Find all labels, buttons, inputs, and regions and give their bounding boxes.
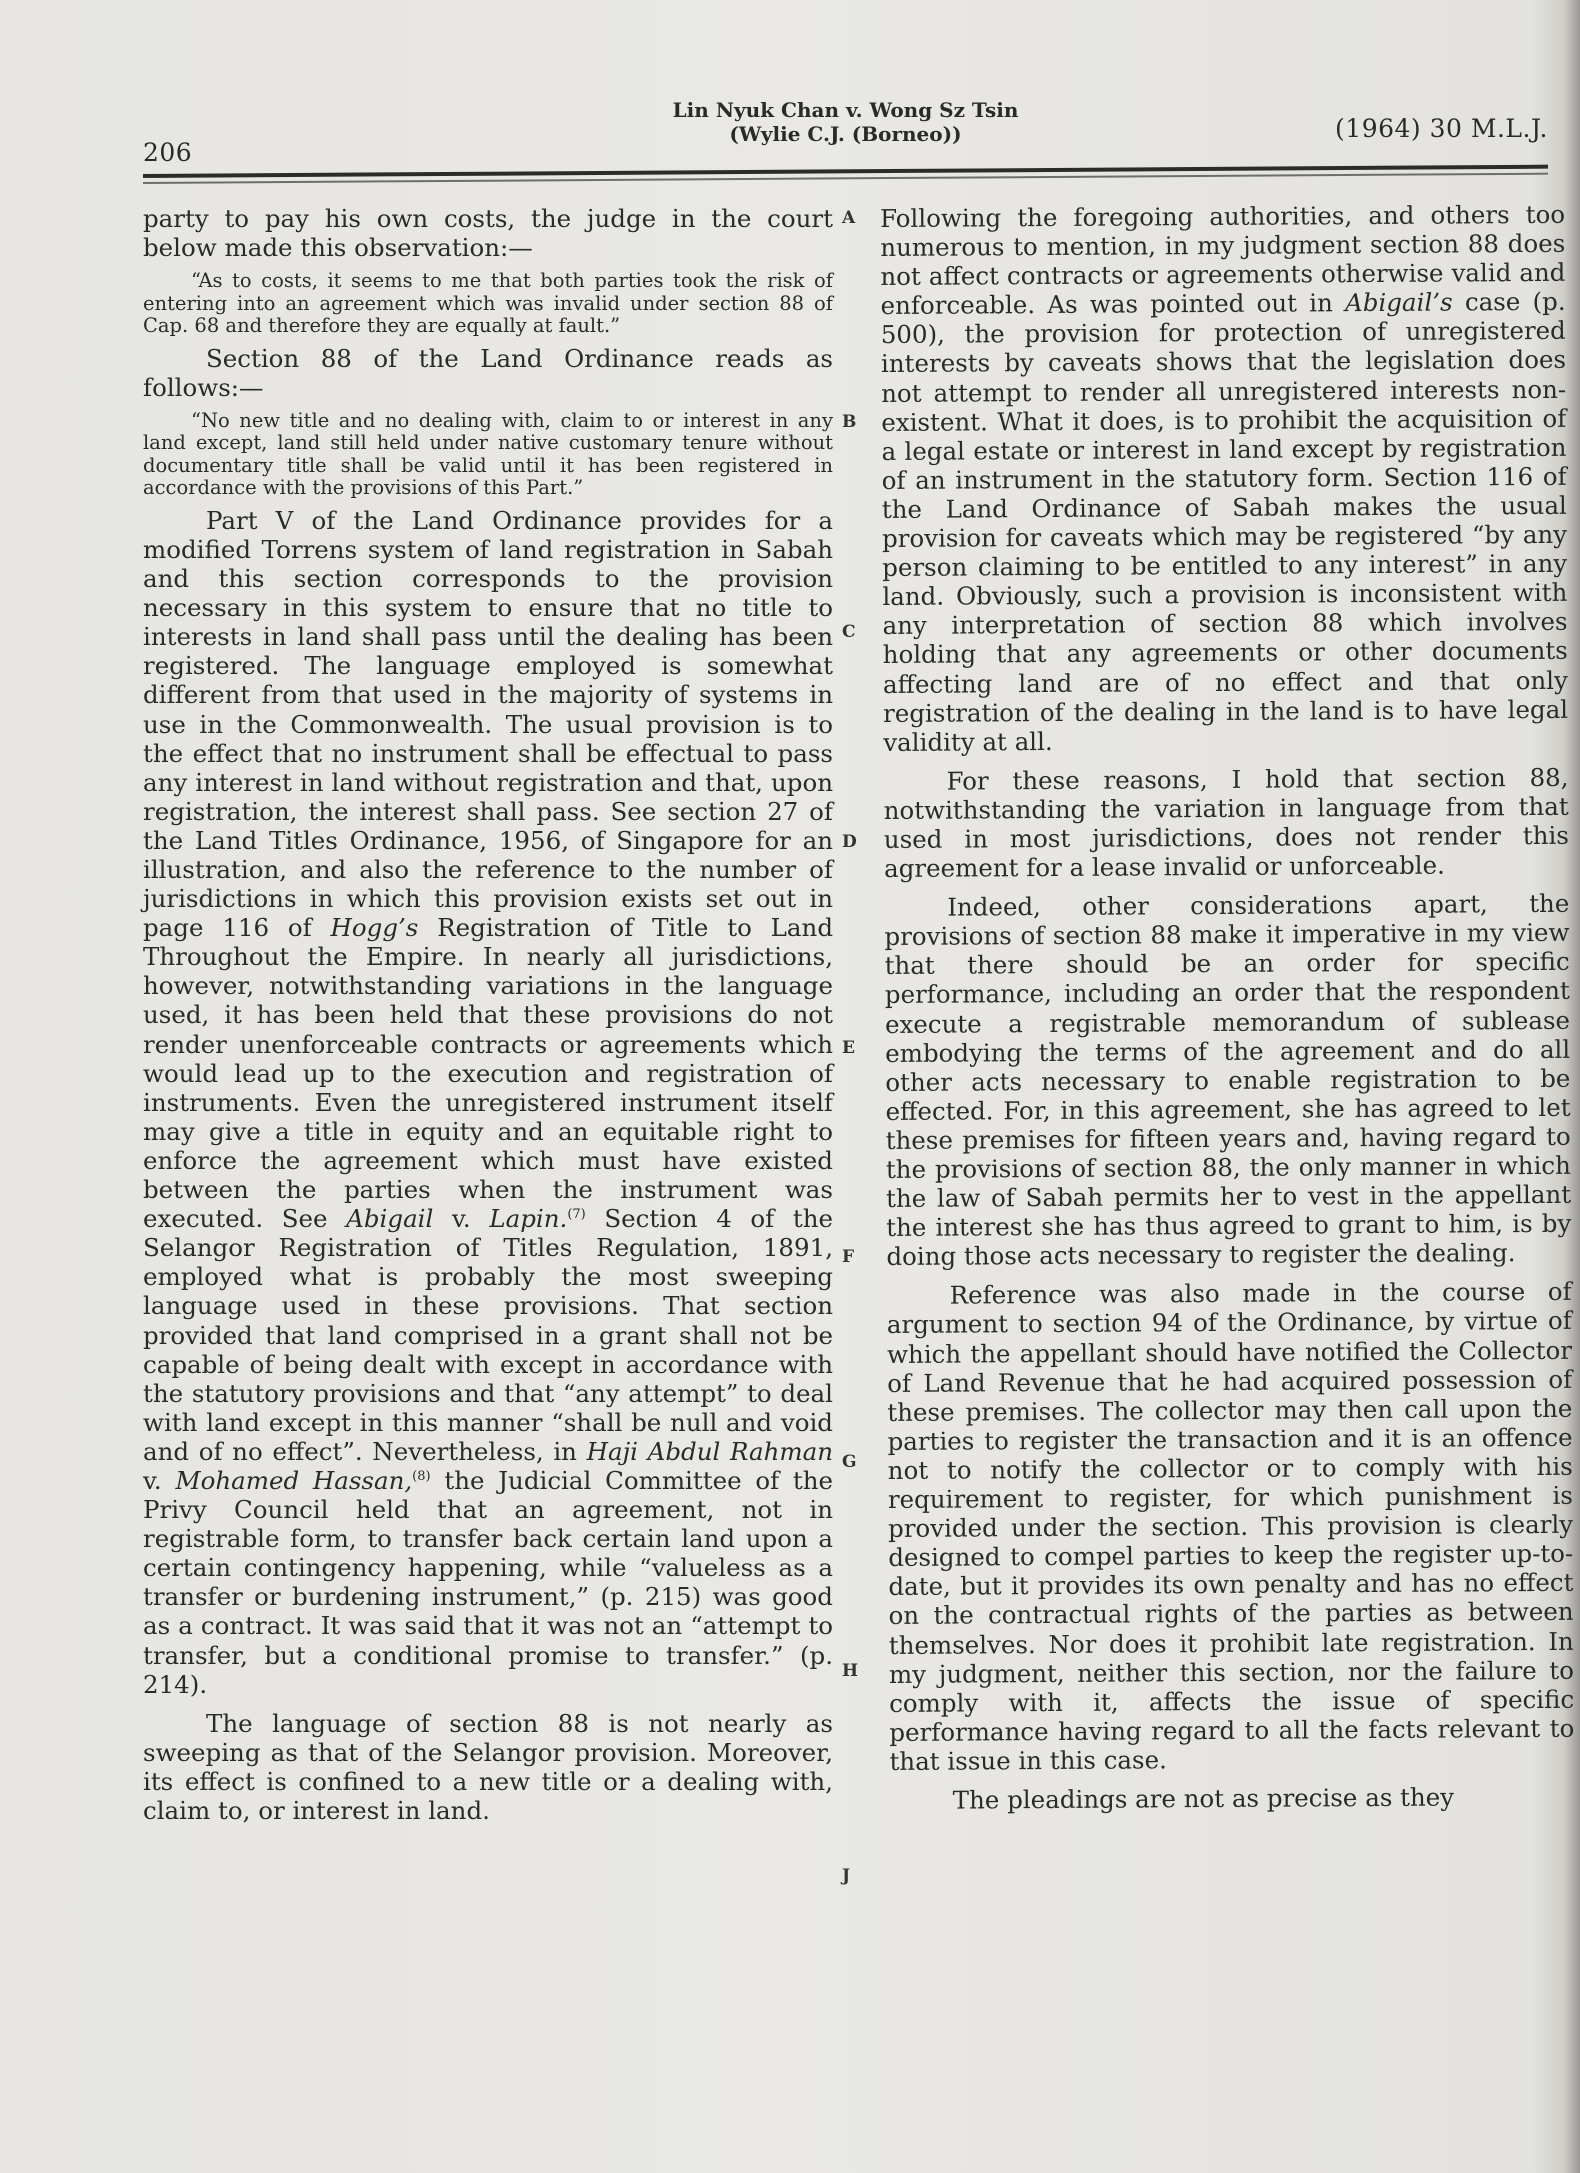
case-reference: Mohamed Hassan, [175, 1466, 412, 1495]
block-quote: “As to costs, it seems to me that both p… [143, 270, 833, 338]
footnote-ref: (7) [567, 1207, 585, 1222]
journal-citation: (1964) 30 M.L.J. [1335, 114, 1548, 143]
case-reference: Abigail [346, 1204, 433, 1233]
case-reference: Hogg’s [331, 913, 419, 942]
margin-letter: G [842, 1452, 857, 1472]
case-reference: Lapin. [489, 1204, 567, 1233]
paragraph: The language of section 88 is not nearly… [143, 1709, 833, 1825]
paragraph: Section 88 of the Land Ordinance reads a… [143, 344, 833, 402]
paragraph: Following the foregoing authorities, and… [880, 200, 1568, 757]
paragraph: party to pay his own costs, the judge in… [143, 204, 833, 262]
margin-letter: C [842, 622, 856, 642]
scanned-page: 206 Lin Nyuk Chan v. Wong Sz Tsin (Wylie… [0, 0, 1580, 2173]
margin-letter: B [842, 412, 856, 432]
margin-letter: J [842, 1866, 850, 1886]
right-column: Following the foregoing authorities, and… [880, 200, 1575, 1815]
margin-letter: F [842, 1247, 854, 1267]
paragraph: The pleadings are not as precise as they [890, 1782, 1575, 1815]
footnote-ref: (8) [412, 1469, 430, 1484]
margin-letter: D [842, 832, 857, 852]
margin-letter: H [842, 1661, 858, 1681]
paragraph: For these reasons, I hold that section 8… [883, 763, 1569, 884]
case-reference: Haji Abdul Rahman [587, 1437, 833, 1466]
paragraph: Indeed, other considerations apart, the … [884, 889, 1571, 1271]
left-column: party to pay his own costs, the judge in… [143, 204, 833, 1825]
paragraph: Reference was also made in the course of… [887, 1277, 1575, 1776]
block-quote: “No new title and no dealing with, claim… [143, 410, 833, 500]
paragraph: Part V of the Land Ordinance provides fo… [143, 506, 833, 1699]
margin-letter: E [842, 1038, 855, 1058]
case-reference: Abigail’s [1345, 288, 1453, 318]
margin-letter: A [842, 208, 855, 228]
